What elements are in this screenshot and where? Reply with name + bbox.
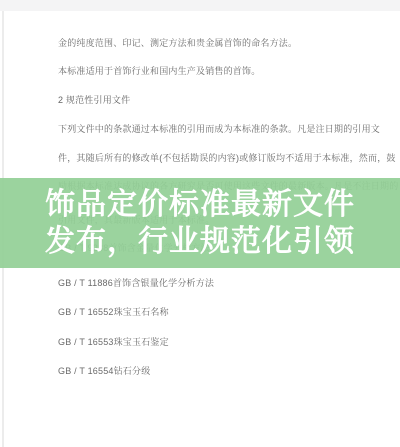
reference-line: GB / T 11886首饰含银量化学分析方法 — [58, 278, 214, 289]
reference-line: GB / T 16554钻石分级 — [58, 366, 150, 377]
reference-line: GB / T 16553珠宝玉石鉴定 — [58, 337, 169, 348]
document-page: 金的纯度范围、印记、测定方法和贵金属首饰的命名方法。 本标准适用于首饰行业和国内… — [0, 0, 400, 447]
banner-title-line-2: 发布，行业规范化引领 — [45, 223, 355, 260]
document-line: 下列文件中的条款通过本标准的引用而成为本标准的条款。凡是注日期的引用文 — [58, 124, 380, 135]
banner-title-line-1: 饰品定价标准最新文件 — [45, 186, 355, 223]
section-heading: 2 规范性引用文件 — [58, 95, 130, 106]
document-line: 本标准适用于首饰行业和国内生产及销售的首饰。 — [58, 66, 260, 77]
banner-title: 饰品定价标准最新文件 发布，行业规范化引领 — [45, 186, 355, 260]
reference-line: GB / T 16552珠宝玉石名称 — [58, 307, 169, 318]
top-bar — [0, 0, 400, 11]
document-line: 件，其随后所有的修改单(不包括勘误的内容)或修订版均不适用于本标准，然而，鼓 — [58, 153, 396, 164]
document-line: 金的纯度范围、印记、测定方法和贵金属首饰的命名方法。 — [58, 38, 297, 49]
headline-banner: 饰品定价标准最新文件 发布，行业规范化引领 — [0, 178, 400, 268]
